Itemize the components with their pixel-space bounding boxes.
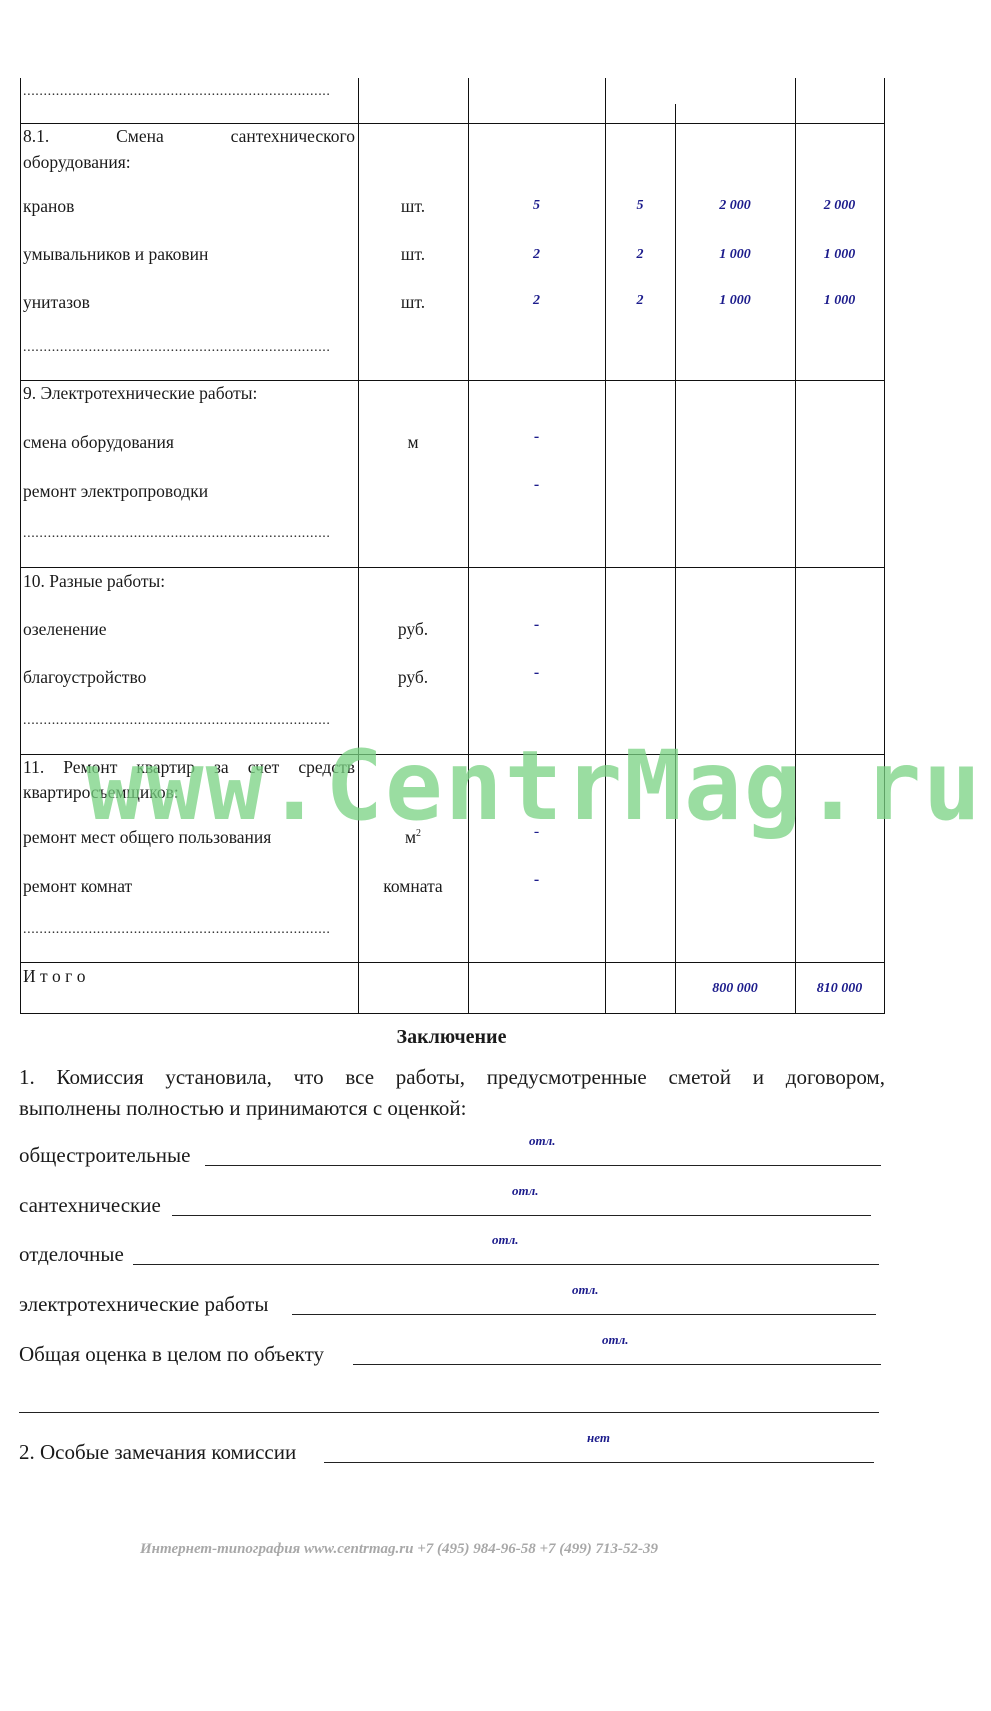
section-title-8-1-line2: оборудования:: [23, 152, 355, 172]
item-name: смена оборудования: [23, 432, 355, 452]
grade-value: отл.: [572, 1282, 599, 1298]
qty-plan: -: [468, 616, 605, 634]
placeholder-dots: ........................................…: [23, 713, 355, 729]
table-border-left: [20, 78, 21, 1013]
section-title-11: 11. Ремонт квартир за счет средств: [23, 757, 355, 777]
table-col-divider: [795, 78, 796, 1013]
qty-fact: 5: [605, 198, 675, 214]
table-border-right: [884, 78, 885, 1013]
grade-value: отл.: [512, 1183, 539, 1199]
item-name: умывальников и раковин: [23, 244, 355, 264]
cost-plan: 2 000: [675, 198, 795, 214]
item-name: ремонт электропроводки: [23, 481, 355, 501]
placeholder-dots: ........................................…: [23, 84, 355, 100]
item-unit: м: [358, 432, 468, 453]
qty-fact: 2: [605, 293, 675, 309]
grade-value: отл.: [602, 1332, 629, 1348]
table-col-divider: [675, 104, 676, 1013]
grade-value: отл.: [529, 1133, 556, 1149]
qty-plan: 2: [468, 247, 605, 263]
row-divider: [20, 123, 885, 124]
placeholder-dots: ........................................…: [23, 922, 355, 938]
table-border-bottom: [20, 1013, 885, 1014]
item-name: ремонт комнат: [23, 876, 355, 896]
qty-plan: -: [468, 476, 605, 494]
item-unit: шт.: [358, 244, 468, 265]
item-unit: руб.: [358, 667, 468, 688]
qty-plan: -: [468, 871, 605, 889]
footer-printer-info: Интернет-типография www.centrmag.ru +7 (…: [140, 1541, 658, 1558]
cost-fact: 2 000: [795, 198, 884, 214]
cost-fact: 1 000: [795, 247, 884, 263]
placeholder-dots: ........................................…: [23, 526, 355, 542]
cost-fact: 1 000: [795, 293, 884, 309]
document-page: ........................................…: [0, 0, 991, 1711]
table-col-divider: [358, 78, 359, 1013]
qty-plan: -: [468, 823, 605, 841]
table-col-divider: [605, 78, 606, 1013]
item-unit: м2: [358, 827, 468, 848]
qty-plan: -: [468, 428, 605, 446]
qty-plan: -: [468, 664, 605, 682]
row-divider: [20, 567, 885, 568]
item-unit: шт.: [358, 292, 468, 313]
item-unit: комната: [358, 876, 468, 897]
total-label: И т о г о: [23, 966, 355, 986]
section-title-10: 10. Разные работы:: [23, 571, 355, 591]
conclusion-heading: Заключение: [0, 1026, 903, 1049]
qty-plan: 5: [468, 198, 605, 214]
cost-plan: 1 000: [675, 293, 795, 309]
item-name: кранов: [23, 196, 355, 216]
total-cost-plan: 800 000: [675, 981, 795, 997]
section-title-9: 9. Электротехнические работы:: [23, 383, 355, 403]
section-title-8-1: 8.1. Смена сантехнического: [23, 126, 355, 146]
qty-fact: 2: [605, 247, 675, 263]
total-cost-fact: 810 000: [795, 981, 884, 997]
item-unit: руб.: [358, 619, 468, 640]
conclusion-paragraph-1: 1. Комиссия установила, что все работы, …: [19, 1062, 885, 1124]
placeholder-dots: ........................................…: [23, 340, 355, 356]
qty-plan: 2: [468, 293, 605, 309]
item-name: благоустройство: [23, 667, 355, 687]
remarks-value: нет: [587, 1430, 610, 1446]
row-divider: [20, 754, 885, 755]
item-unit: шт.: [358, 196, 468, 217]
row-divider: [20, 962, 885, 963]
row-divider: [20, 380, 885, 381]
item-name: ремонт мест общего пользования: [23, 827, 355, 847]
item-name: унитазов: [23, 292, 355, 312]
cost-plan: 1 000: [675, 247, 795, 263]
grade-value: отл.: [492, 1232, 519, 1248]
section-title-11-line2: квартиросъемщиков:: [23, 782, 355, 802]
item-name: озеленение: [23, 619, 355, 639]
